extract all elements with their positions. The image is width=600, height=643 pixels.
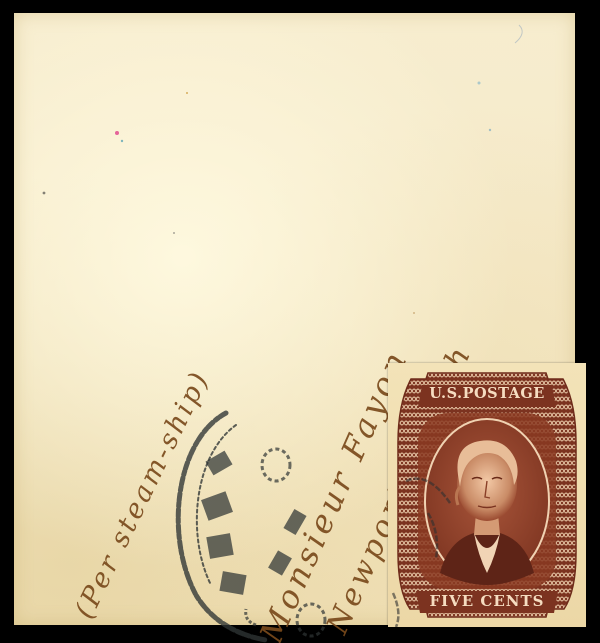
stamp-denomination-label: FIVE CENTS [388, 592, 586, 610]
circular-postmark [166, 395, 336, 643]
stamp-top-label: U.S.POSTAGE [388, 385, 586, 402]
stamp-engraving [388, 363, 586, 627]
postage-stamp: U.S.POSTAGE FIVE CENTS [388, 363, 586, 627]
